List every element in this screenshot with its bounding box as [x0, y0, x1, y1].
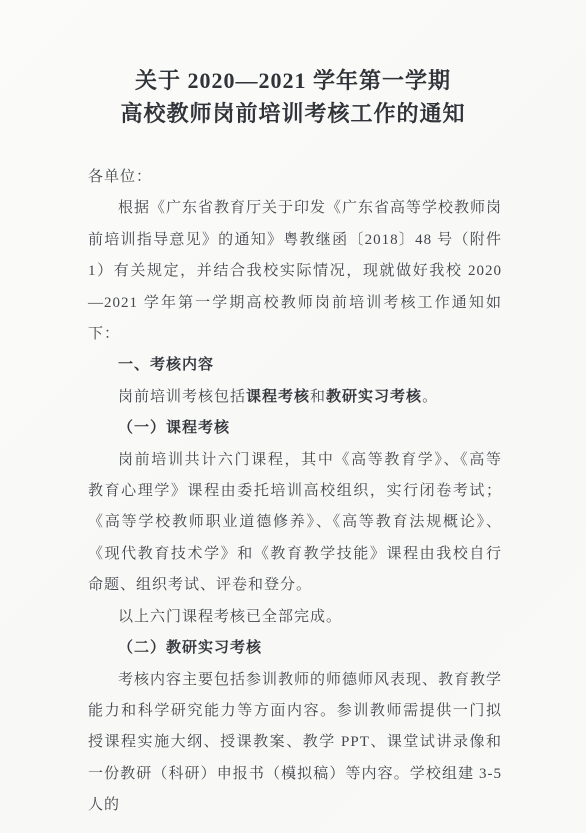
text-segment: 和 — [310, 389, 326, 405]
text-segment: 教研实习考核 — [326, 389, 422, 405]
document-title: 关于 2020—2021 学年第一学期 高校教师岗前培训考核工作的通知 — [0, 64, 586, 130]
text-segment: 以上六门课程考核已全部完成。 — [118, 609, 342, 625]
title-line-2: 高校教师岗前培训考核工作的通知 — [0, 97, 586, 130]
paragraph: 根据《广东省教育厅关于印发《广东省高等学校教师岗前培训指导意见》的通知》粤教继函… — [88, 193, 502, 350]
paragraph: 岗前培训考核包括课程考核和教研实习考核。 — [88, 382, 502, 413]
paragraph: 考核内容主要包括参训教师的师德师风表现、教育教学能力和科学研究能力等方面内容。参… — [88, 665, 502, 822]
paragraph: 各单位： — [88, 162, 502, 193]
page-number: 1 — [0, 768, 586, 782]
text-segment: 课程考核 — [246, 389, 310, 405]
section-heading: （一）课程考核 — [88, 413, 502, 444]
text-segment: 岗前培训共计六门课程，其中《高等教育学》、《高等教育心理学》课程由委托培训高校组… — [88, 452, 502, 594]
text-segment: 一、考核内容 — [118, 357, 214, 373]
text-segment: 。 — [422, 389, 438, 405]
text-segment: 岗前培训考核包括 — [118, 389, 246, 405]
text-segment: （一）课程考核 — [118, 420, 230, 436]
document-page: 关于 2020—2021 学年第一学期 高校教师岗前培训考核工作的通知 各单位：… — [0, 0, 586, 833]
section-heading: （二）教研实习考核 — [88, 633, 502, 664]
paragraph: 以上六门课程考核已全部完成。 — [88, 602, 502, 633]
title-line-1: 关于 2020—2021 学年第一学期 — [0, 64, 586, 97]
document-body: 各单位：根据《广东省教育厅关于印发《广东省高等学校教师岗前培训指导意见》的通知》… — [88, 162, 502, 822]
section-heading: 一、考核内容 — [88, 350, 502, 381]
text-segment: 考核内容主要包括参训教师的师德师风表现、教育教学能力和科学研究能力等方面内容。参… — [88, 672, 502, 814]
text-segment: 各单位： — [88, 169, 152, 185]
text-segment: （二）教研实习考核 — [118, 640, 262, 656]
paragraph: 岗前培训共计六门课程，其中《高等教育学》、《高等教育心理学》课程由委托培训高校组… — [88, 445, 502, 602]
text-segment: 根据《广东省教育厅关于印发《广东省高等学校教师岗前培训指导意见》的通知》粤教继函… — [88, 200, 502, 342]
